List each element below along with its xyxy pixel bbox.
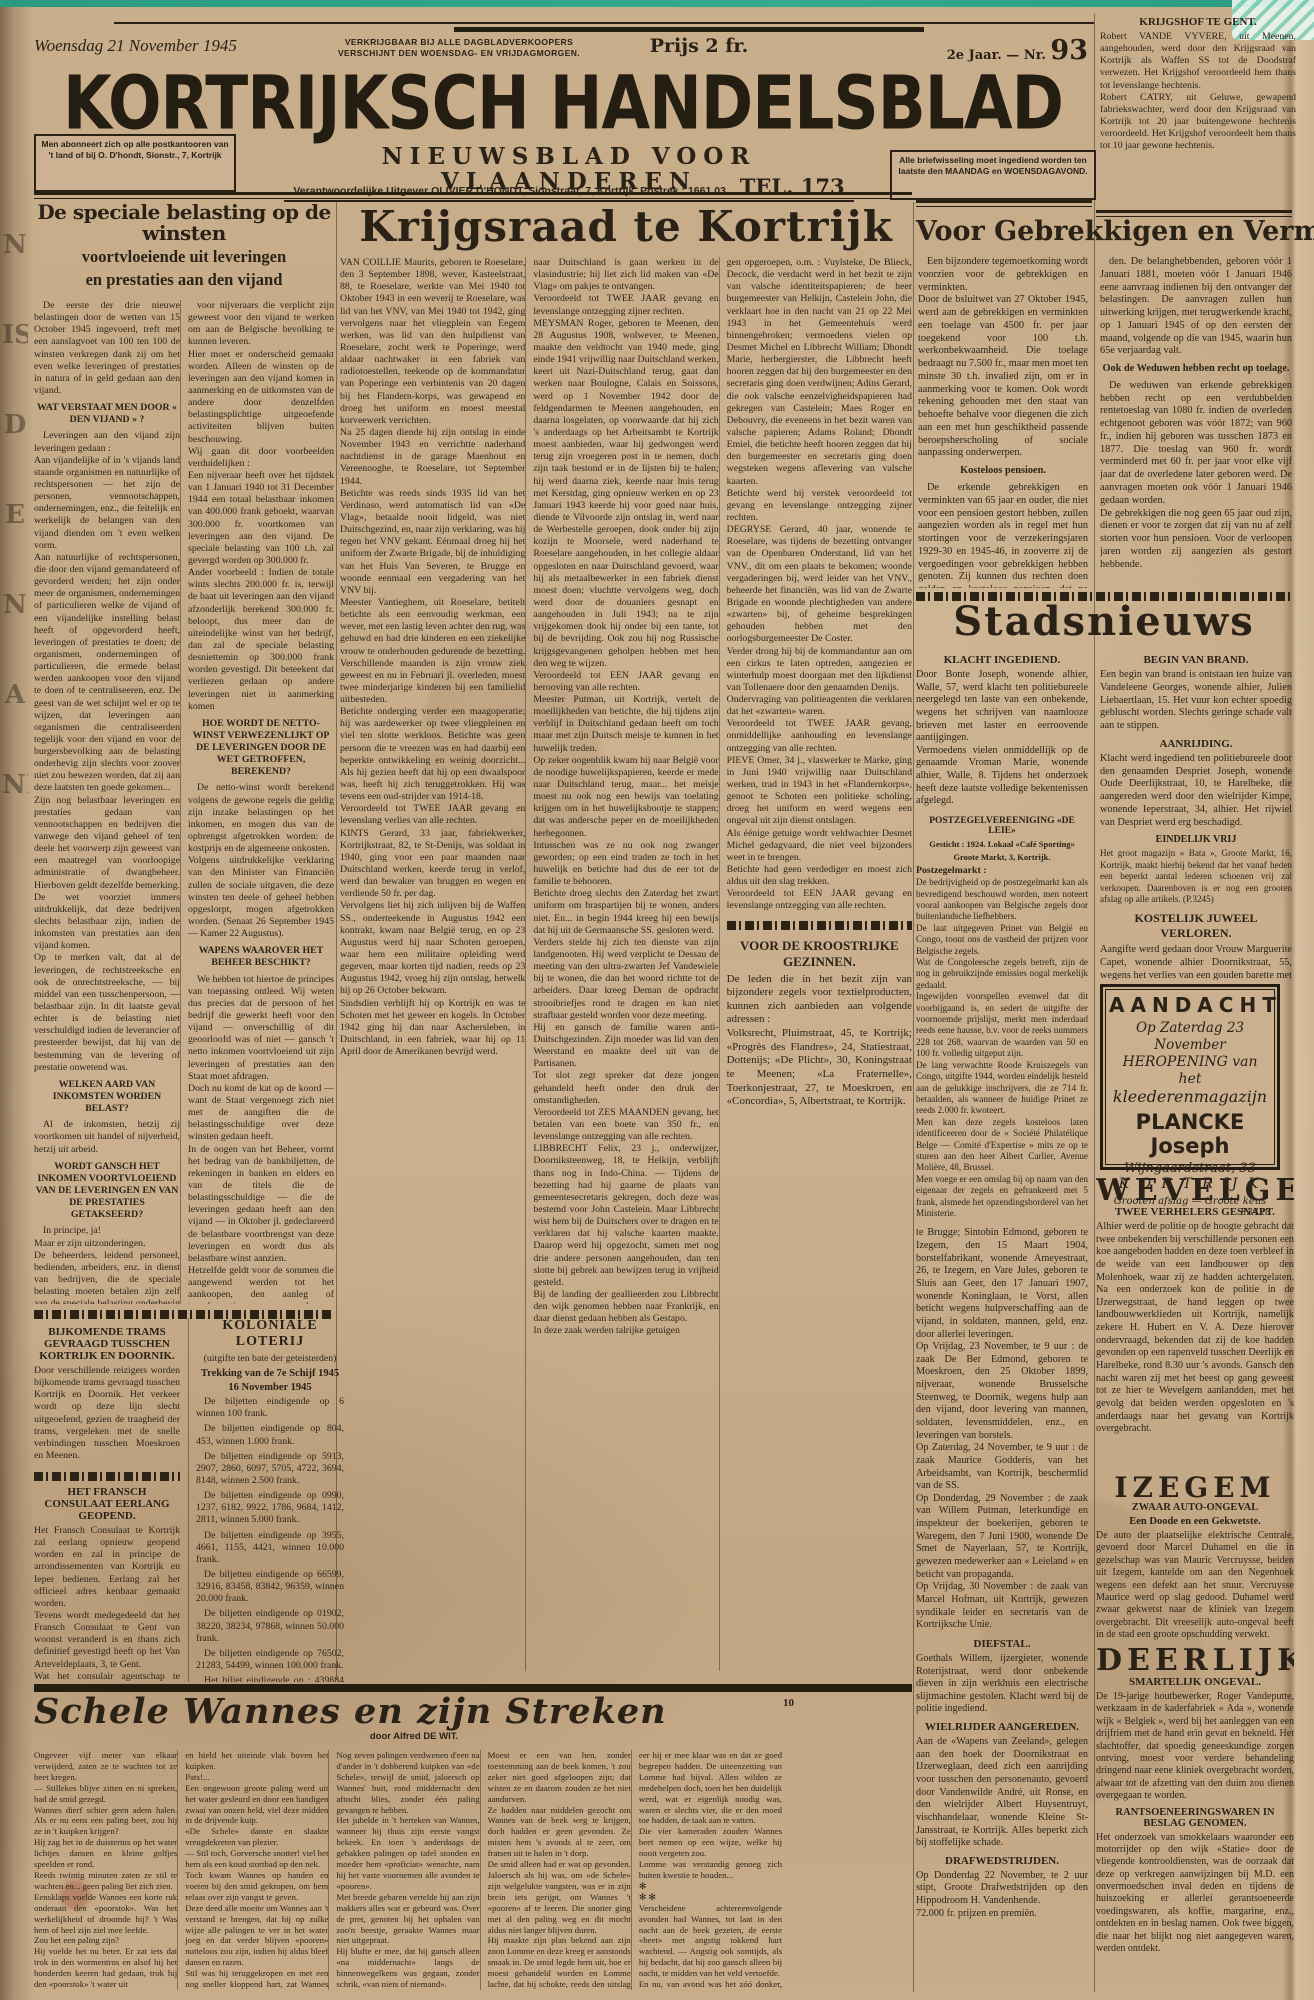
- krijgsraad-headline: Krijgsraad te Kortrijk: [340, 202, 912, 251]
- wevelgem-body: Alhier werd de politie op de hoogte gebr…: [1096, 1221, 1294, 1436]
- ornament-rule: [34, 1472, 180, 1481]
- article-paragraph: De eerste der drie nieuwe belastingen do…: [34, 300, 180, 397]
- krijgsraad-column-1: VAN COILLIE Maurits, geboren te Roeselar…: [340, 257, 525, 1671]
- serial-byline: door Alfred DE WIT.: [34, 1731, 794, 1742]
- krijgshof-body: Robert VANDE VYVERE, uit Meenen, aangeho…: [1100, 31, 1296, 152]
- ad-street: Wijngaardstraat, 33: [1109, 1161, 1271, 1177]
- belasting-column-2: voor nijveraars die verplicht zijn gewee…: [180, 300, 334, 1304]
- loterij-results: De biljetten eindigende op 6 winnen 100 …: [196, 1396, 344, 1682]
- article-izegem: IZEGEM ZWAAR AUTO-ONGEVAL Een Doode en e…: [1096, 1474, 1294, 1642]
- article-trams: BIJKOMENDE TRAMS GEVRAAGD TUSSCHEN KORTR…: [34, 1326, 180, 1468]
- list-item: De biljetten eindigende op 5913, 2907, 2…: [196, 1451, 344, 1487]
- juweel-heading: KOSTELIJK JUWEEL VERLOREN.: [1100, 911, 1292, 941]
- belasting-headline: De speciale belasting op de winsten: [34, 202, 334, 244]
- article-belasting-body: De eerste der drie nieuwe belastingen do…: [34, 300, 334, 1304]
- serial-column-3: Nog zeven palingen verdwenen d'een na d'…: [328, 1750, 479, 1990]
- consulaat-heading: HET FRANSCH CONSULAAT EERLANG GEOPEND.: [34, 1486, 180, 1522]
- subscription-box: Men abonneert zich op alle postkantooren…: [34, 134, 236, 192]
- article-paragraph: Al de inkomsten, hetzij zij voortkomen u…: [34, 1119, 180, 1155]
- loterij-draw-line-1: Trekking van de 7e Schijf 1945: [196, 1368, 344, 1379]
- article-subhead: WAPENS WAAROVER HET BEHEER BESCHIKT?: [188, 945, 334, 969]
- list-item: De biljetten eindigende op 6 winnen 100 …: [196, 1396, 344, 1420]
- article-subhead: WAT VERSTAAT MEN DOOR « DEN VIJAND » ?: [34, 402, 180, 426]
- postzegel-heading-2: Gesticht : 1924. Lokaal «Café Sporting»: [916, 839, 1088, 849]
- postzegel-heading-3: Groote Markt, 3, Kortrijk.: [916, 852, 1088, 862]
- serial-header: Schele Wannes en zijn Streken 10 door Al…: [34, 1694, 794, 1742]
- masthead: Woensdag 21 November 1945 VERKRIJGBAAR B…: [34, 10, 1092, 190]
- eindelijk-heading: EINDELIJK VRIJ: [1100, 834, 1292, 845]
- ad-reopening-line: HEROPENING van het: [1109, 1054, 1271, 1088]
- edition-date: Woensdag 21 November 1945: [34, 37, 294, 54]
- trams-body: Door verschillende reizigers worden bijk…: [34, 1365, 180, 1462]
- article-paragraph: In principe, ja! Maar er zijn uitzonderi…: [34, 1225, 180, 1304]
- klacht-heading: KLACHT INGEDIEND.: [916, 654, 1088, 666]
- wielrijder-body: Aan de «Wapens van Zeeland», gelegen aan…: [916, 1736, 1088, 1850]
- serial-column-5: eer hij er mee klaar was en dat ze goed …: [631, 1750, 782, 1990]
- article-krijgshof-gent: KRIJGSHOF TE GENT. Robert VANDE VYVERE, …: [1100, 16, 1296, 208]
- column-rule: [1094, 14, 1095, 1992]
- ornament-rule: [727, 921, 912, 930]
- aanrijding-heading: AANRIJDING.: [1100, 738, 1292, 750]
- postzegel-body: De bedrijvigheid op de postzegelmarkt ka…: [916, 877, 1088, 1219]
- gebrekkigen-column-1: Een bijzondere tegemoetkoming wordt voor…: [918, 256, 1088, 588]
- belasting-subhead-1: voortvloeiende uit leveringen: [34, 247, 334, 267]
- krijgsraad-column-3-text: gen opgeroepen, o.m. : Vuylsteke, De Bli…: [727, 257, 912, 913]
- aanrijding-body: Klacht werd ingediend ten politiebureele…: [1100, 753, 1292, 830]
- klacht-body: Door Bonte Joseph, wonende alhier, Walle…: [916, 669, 1088, 808]
- list-item: Het biljet eindigende op : 439884 wint 1…: [196, 1675, 344, 1682]
- kroostrijke-heading: VOOR DE KROOSTRIJKE GEZINNEN.: [727, 938, 912, 970]
- postzegel-heading-4: Postzegelmarkt :: [916, 865, 1088, 877]
- deerlijk-subhead-2: RANTSOENEERINGSWAREN IN BESLAG GENOMEN.: [1096, 1807, 1294, 1829]
- krijgshof-heading: KRIJGSHOF TE GENT.: [1100, 16, 1296, 28]
- deerlijk-title: DEERLIJK: [1096, 1646, 1294, 1676]
- postzegel-heading-1: POSTZEGELVEREENIGING «DE LEIE»: [916, 816, 1088, 836]
- list-item: De biljetten eindigende op 3955, 4661, 1…: [196, 1530, 344, 1566]
- loterij-title: KOLONIALE LOTERIJ: [196, 1318, 344, 1350]
- krijgsraad-columns: VAN COILLIE Maurits, geboren te Roeselar…: [340, 257, 912, 1671]
- trams-heading: BIJKOMENDE TRAMS GEVRAAGD TUSSCHEN KORTR…: [34, 1326, 180, 1362]
- advertisement-plancke: AANDACHT Op Zaterdag 23 November HEROPEN…: [1100, 984, 1280, 1170]
- page-spine: N IS D E N A ND: [2, 200, 28, 1700]
- list-item: De biljetten eindigende op 01902, 38220,…: [196, 1608, 344, 1644]
- ad-attention-line: AANDACHT: [1109, 995, 1271, 1015]
- ad-date-line: Op Zaterdag 23 November: [1109, 1020, 1271, 1054]
- deerlijk-body-2: Het onderzoek van smokkelaars waaronder …: [1096, 1832, 1294, 1956]
- divider-rule: [916, 200, 1092, 207]
- krijgsraad-column-3: gen opgeroepen, o.m. : Vuylsteke, De Bli…: [719, 257, 912, 1671]
- ad-shop-name: PLANCKE Joseph: [1109, 1110, 1271, 1158]
- serial-title: Schele Wannes en zijn Streken: [34, 1691, 667, 1732]
- izegem-body: De auto der plaatselijke elektrische Cen…: [1096, 1530, 1294, 1642]
- diefstal-heading: DIEFSTAL.: [916, 1638, 1088, 1650]
- article-paragraph: den. De belanghebbenden, geboren vóór 1 …: [1100, 256, 1292, 358]
- juweel-body: Aangifte werd gedaan door Vrouw Margueri…: [1100, 944, 1292, 980]
- list-item: De biljetten eindigende op 76502, 21283,…: [196, 1648, 344, 1672]
- deerlijk-body-1: De 19-jarige houtbewerker, Roger Vandepu…: [1096, 1691, 1294, 1803]
- serial-column-4: Moest er een van hen, zonder toestemming…: [480, 1750, 631, 1990]
- draf-body: Op Donderdag 22 November, te 2 uur stipt…: [916, 1870, 1088, 1921]
- correspondence-box: Alle briefwisseling moet ingediend worde…: [890, 150, 1096, 200]
- list-item: De biljetten eindigende op 804, 453, win…: [196, 1423, 344, 1447]
- article-loterij: KOLONIALE LOTERIJ (uitgifte ten bate der…: [188, 1318, 344, 1682]
- article-subhead: Ook de Weduwen hebben recht op toelage.: [1100, 363, 1292, 376]
- gebrekkigen-headline: Voor Gebrekkigen en Verminkten: [916, 216, 1294, 247]
- consulaat-body: Het Fransch Consulaat te Kortrijk zal ee…: [34, 1525, 180, 1682]
- article-subhead: HOE WORDT DE NETTO-WINST VERWEZENLIJKT O…: [188, 718, 334, 779]
- wielrijder-heading: WIELRIJDER AANGEREDEN.: [916, 1721, 1088, 1733]
- article-subhead: WORDT GANSCH HET INKOMEN VOORTVLOEIEND V…: [34, 1161, 180, 1222]
- article-krijgsraad: Krijgsraad te Kortrijk VAN COILLIE Mauri…: [340, 202, 912, 1671]
- divider-rule: [34, 192, 912, 199]
- article-paragraph: voor nijveraars die verplicht zijn gewee…: [188, 300, 334, 713]
- izegem-title: IZEGEM: [1096, 1474, 1294, 1502]
- eindelijk-body: Het groot magazijn « Bata », Groote Mark…: [1100, 848, 1292, 905]
- stadsnieuws-right-column: BEGIN VAN BRAND. Een begin van brand is …: [1100, 654, 1292, 980]
- article-wevelgem: WEVELGEM TWEE VERHELERS GESNAPT. Alhier …: [1096, 1176, 1294, 1472]
- masthead-rule: [114, 22, 1094, 24]
- belasting-column-1: De eerste der drie nieuwe belastingen do…: [34, 300, 180, 1304]
- draf-heading: DRAFWEDSTRIJDEN.: [916, 1855, 1088, 1867]
- izegem-subhead-2: Een Doode en een Gekwetste.: [1096, 1516, 1294, 1527]
- serial-episode-number: 10: [783, 1698, 794, 1709]
- availability-line-2: VERSCHIJNT DEN WOENSDAG- EN VRIJDAGMORGE…: [294, 48, 624, 59]
- article-paragraph: De erkende gebrekkigen en verminkten van…: [918, 482, 1088, 588]
- stadsnieuws-left-column: KLACHT INGEDIEND. Door Bonte Joseph, won…: [916, 654, 1088, 1992]
- serial-column-2: en hield het uiteinde vlak boven het kui…: [177, 1750, 328, 1990]
- ad-shop-type-line: kleederenmagazijn: [1109, 1087, 1271, 1106]
- article-consulaat: HET FRANSCH CONSULAAT EERLANG GEOPEND. H…: [34, 1486, 180, 1682]
- wevelgem-subhead: TWEE VERHELERS GESNAPT.: [1096, 1206, 1294, 1218]
- article-paragraph: De netto-winst wordt berekend volgens de…: [188, 782, 334, 940]
- availability-line-1: VERKRIJGBAAR BIJ ALLE DAGBLADVERKOOPERS: [294, 37, 624, 48]
- list-item: De biljetten eindigende op 0990, 1237, 6…: [196, 1490, 344, 1526]
- kroostrijke-body: De leden die in het bezit zijn van bijzo…: [727, 973, 912, 1109]
- article-deerlijk: DEERLIJK SMARTELIJK ONGEVAL. De 19-jarig…: [1096, 1646, 1294, 1994]
- brand-body: Een begin van brand is ontstaan ten huiz…: [1100, 669, 1292, 733]
- list-item: De biljetten eindigende op 66599, 32916,…: [196, 1569, 344, 1605]
- article-subhead: Kosteloos pensioen.: [918, 465, 1088, 478]
- article-paragraph: Leveringen aan den vijand zijn leveringe…: [34, 430, 180, 1073]
- krijgsraad-docket: te Brugge; Sintobin Edmond, geboren te I…: [916, 1227, 1088, 1632]
- loterij-draw-line-2: 16 November 1945: [196, 1382, 344, 1393]
- column-rule: [913, 202, 914, 1992]
- brand-heading: BEGIN VAN BRAND.: [1100, 654, 1292, 666]
- stadsnieuws-title: Stadsnieuws: [916, 602, 1292, 642]
- serial-column-1: Ongeveer vijf meter van elkaar verwijder…: [34, 1750, 177, 1990]
- diefstal-body: Goethals Willem, ijzergieter, wonende Ro…: [916, 1653, 1088, 1716]
- newspaper-title: KORTRIJKSCH HANDELSBLAD: [34, 66, 1092, 140]
- article-paragraph: We hebben tot hiertoe de principes van t…: [188, 974, 334, 1304]
- masthead-rule-thick: [454, 27, 924, 32]
- scan-top-strip: [0, 0, 1314, 7]
- article-paragraph: Een bijzondere tegemoetkoming wordt voor…: [918, 256, 1088, 460]
- loterij-note: (uitgifte ten bate der geteisterden): [196, 1353, 344, 1365]
- article-paragraph: De weduwen van erkende gebrekkigen hebbe…: [1100, 380, 1292, 571]
- wevelgem-title: WEVELGEM: [1096, 1176, 1294, 1206]
- serial-columns: Ongeveer vijf meter van elkaar verwijder…: [34, 1750, 782, 1990]
- article-belasting-head: De speciale belasting op de winsten voor…: [34, 202, 334, 293]
- article-subhead: WELKEN AARD VAN INKOMSTEN WORDEN BELAST?: [34, 1079, 180, 1115]
- krijgsraad-column-2: naar Duitschland is gaan werken in de vl…: [525, 257, 718, 1671]
- price: Prijs 2 fr.: [624, 37, 774, 56]
- belasting-subhead-2: en prestaties aan den vijand: [34, 270, 334, 290]
- gebrekkigen-column-2: den. De belanghebbenden, geboren vóór 1 …: [1100, 256, 1292, 588]
- newspaper-page: N IS D E N A ND Woensdag 21 November 194…: [0, 0, 1314, 2000]
